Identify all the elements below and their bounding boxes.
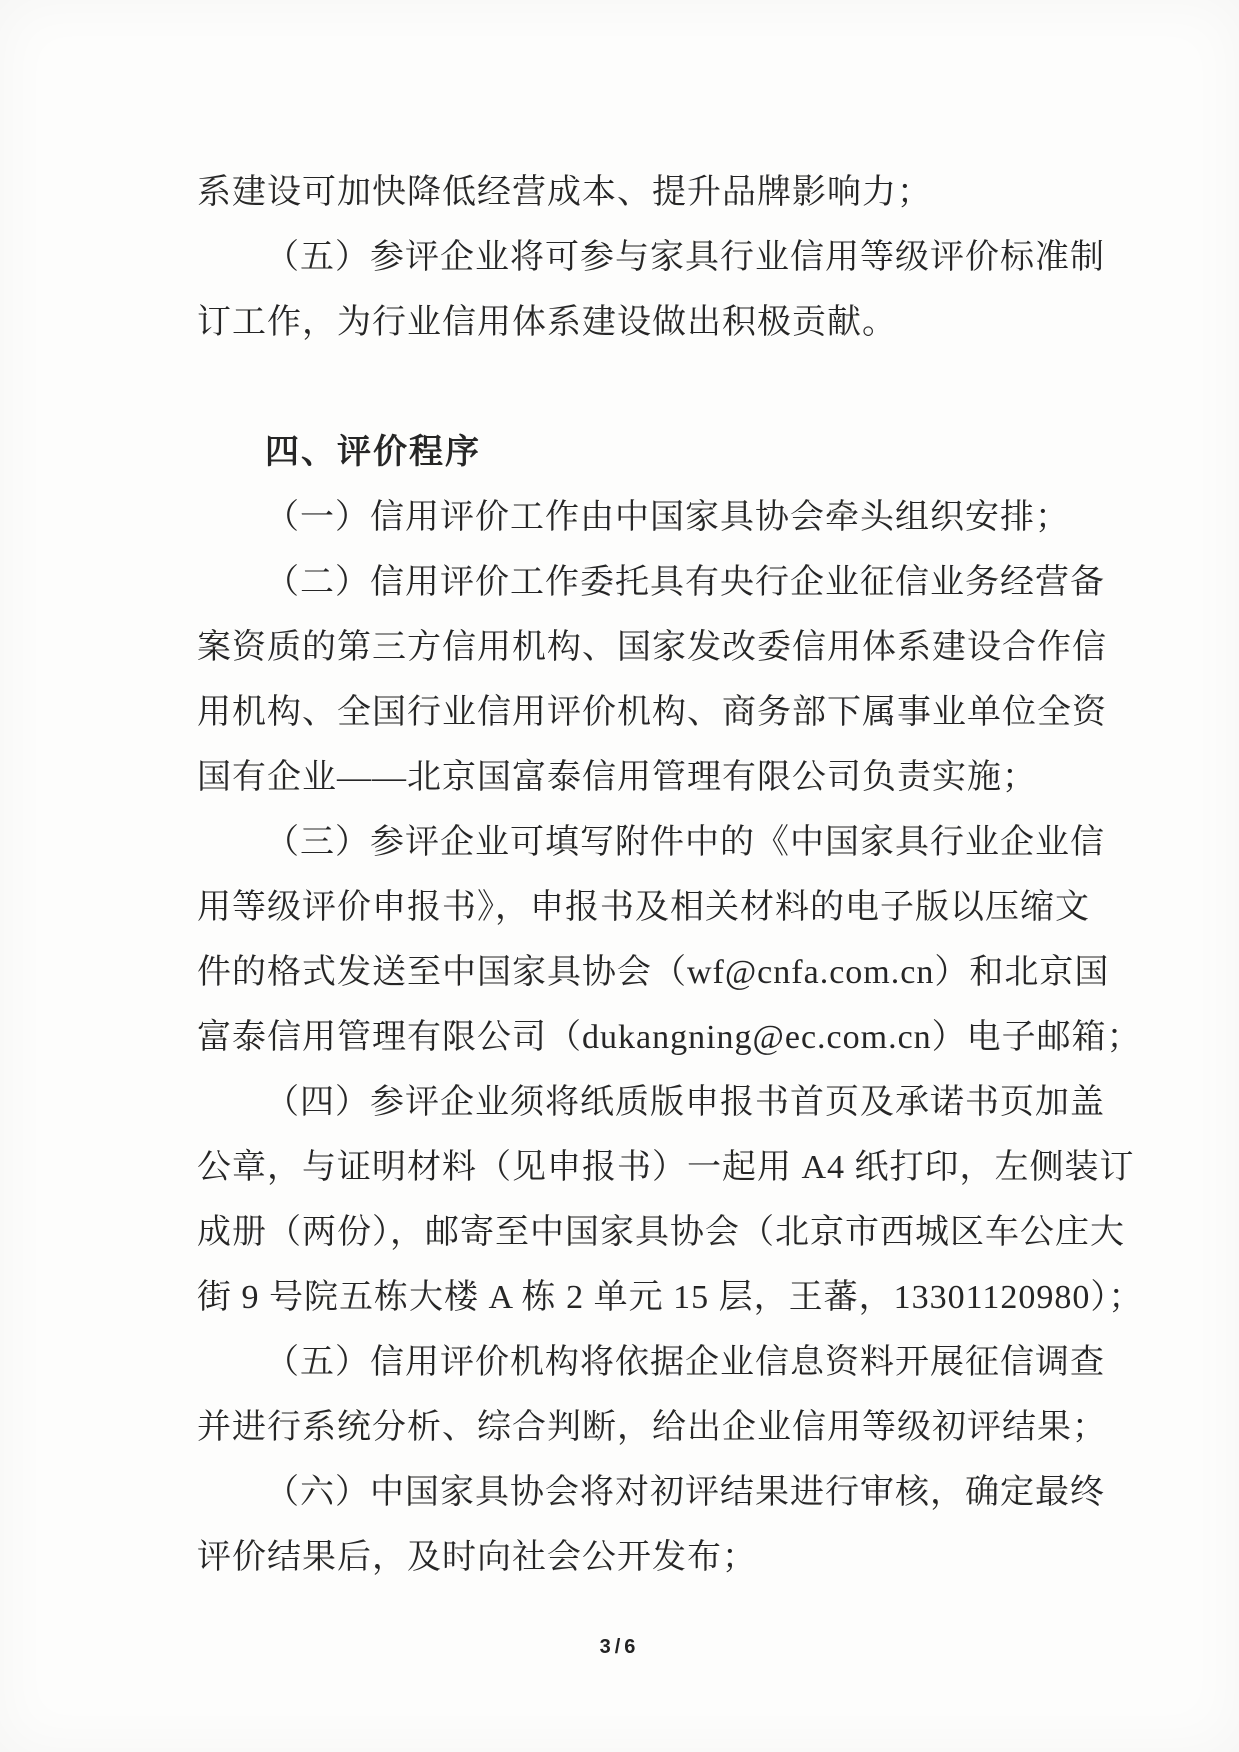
document-line: 用机构、全国行业信用评价机构、商务部下属事业单位全资 — [197, 680, 1067, 745]
document-line: 国有企业——北京国富泰信用管理有限公司负责实施； — [197, 745, 1067, 810]
page-number: 3/6 — [0, 1636, 1239, 1659]
document-line: 并进行系统分析、综合判断，给出企业信用等级初评结果； — [197, 1395, 1067, 1460]
document-line: （一）信用评价工作由中国家具协会牵头组织安排； — [197, 485, 1067, 550]
document-line: 街 9 号院五栋大楼 A 栋 2 单元 15 层，王蕃，13301120980）… — [197, 1265, 1067, 1330]
document-line: 评价结果后，及时向社会公开发布； — [197, 1525, 1067, 1590]
scanned-document-page: 系建设可加快降低经营成本、提升品牌影响力； （五）参评企业将可参与家具行业信用等… — [0, 0, 1239, 1752]
document-line: （五）参评企业将可参与家具行业信用等级评价标准制 — [197, 225, 1067, 290]
document-line: 订工作，为行业信用体系建设做出积极贡献。 — [197, 290, 1067, 355]
document-line: 用等级评价申报书》，申报书及相关材料的电子版以压缩文 — [197, 875, 1067, 940]
document-body: 系建设可加快降低经营成本、提升品牌影响力； （五）参评企业将可参与家具行业信用等… — [197, 160, 1067, 1590]
document-line: （六）中国家具协会将对初评结果进行审核，确定最终 — [197, 1460, 1067, 1525]
document-line: 公章，与证明材料（见申报书）一起用 A4 纸打印，左侧装订 — [197, 1135, 1067, 1200]
document-line: （二）信用评价工作委托具有央行企业征信业务经营备 — [197, 550, 1067, 615]
document-line: （四）参评企业须将纸质版申报书首页及承诺书页加盖 — [197, 1070, 1067, 1135]
document-line: 成册（两份），邮寄至中国家具协会（北京市西城区车公庄大 — [197, 1200, 1067, 1265]
document-line: （三）参评企业可填写附件中的《中国家具行业企业信 — [197, 810, 1067, 875]
blank-line — [197, 355, 1067, 420]
document-line: 件的格式发送至中国家具协会（wf@cnfa.com.cn）和北京国 — [197, 940, 1067, 1005]
document-line: （五）信用评价机构将依据企业信息资料开展征信调查 — [197, 1330, 1067, 1395]
section-heading: 四、评价程序 — [197, 420, 1067, 485]
document-line: 系建设可加快降低经营成本、提升品牌影响力； — [197, 160, 1067, 225]
document-line: 富泰信用管理有限公司（dukangning@ec.com.cn）电子邮箱； — [197, 1005, 1067, 1070]
document-line: 案资质的第三方信用机构、国家发改委信用体系建设合作信 — [197, 615, 1067, 680]
